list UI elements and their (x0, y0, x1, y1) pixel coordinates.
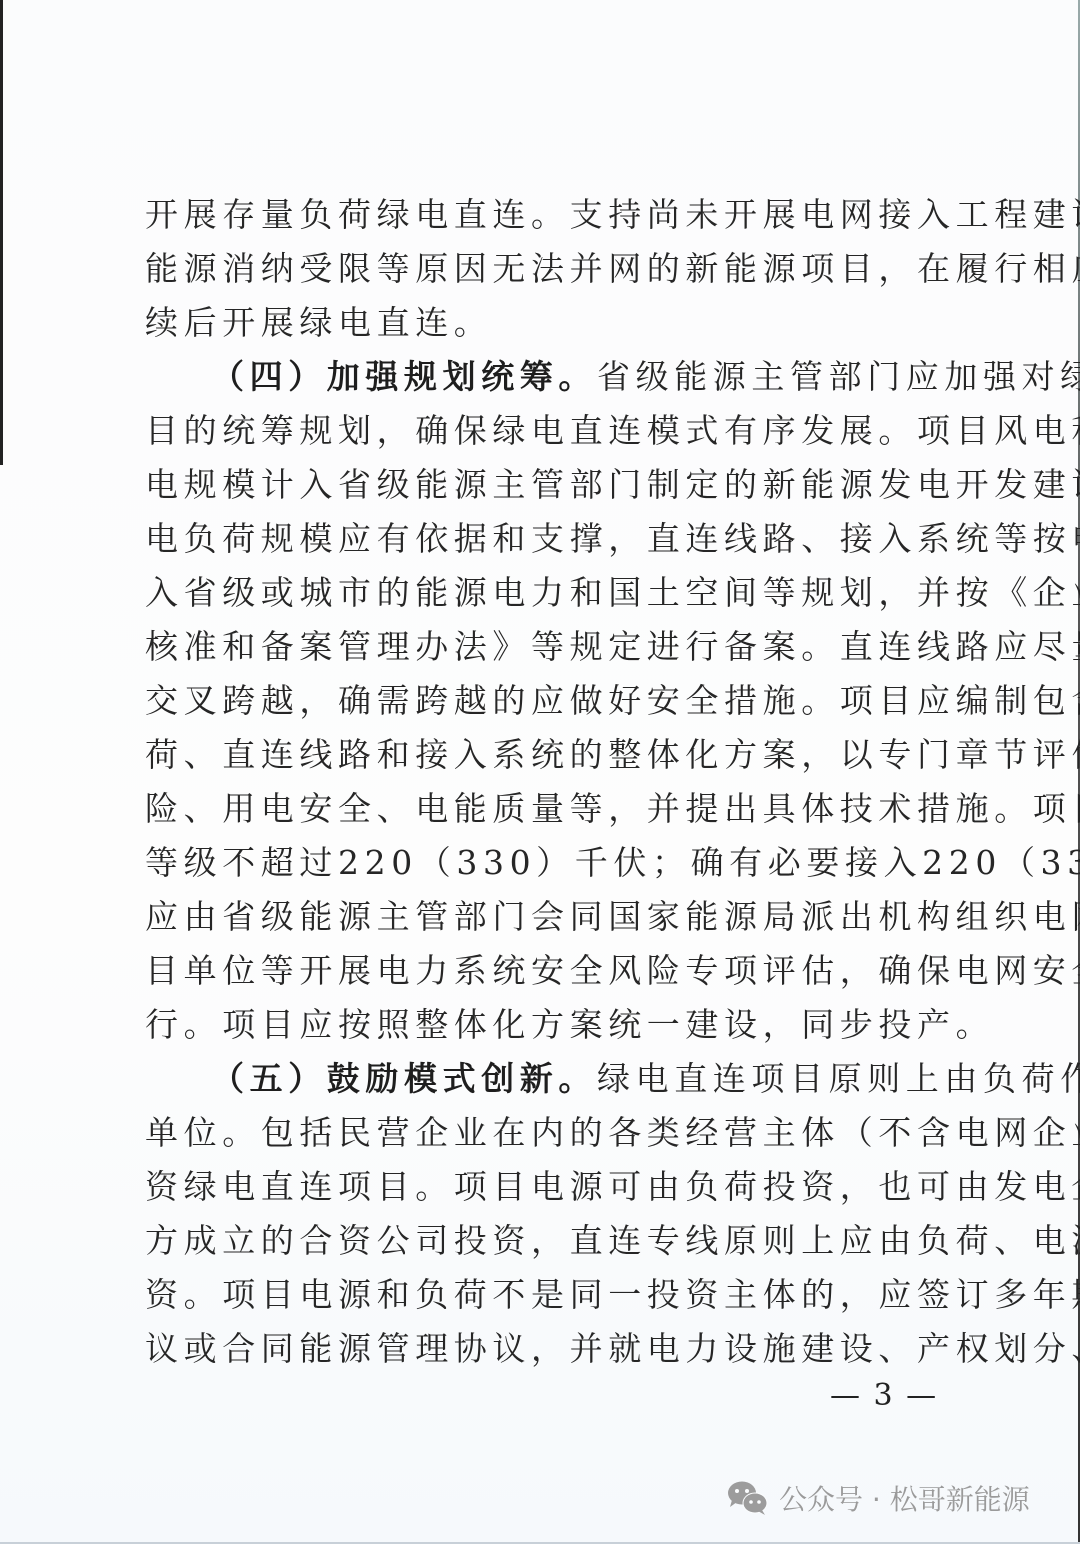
text-line: 议或合同能源管理协议，并就电力设施建设、产权划分、运行维 (145, 1322, 935, 1376)
text-line: 目单位等开展电力系统安全风险专项评估，确保电网安全稳定运 (145, 944, 935, 998)
text-line: 方成立的合资公司投资，直连专线原则上应由负荷、电源主体投 (145, 1214, 935, 1268)
watermark: 公众号 · 松哥新能源 (727, 1478, 1030, 1518)
text-line: 开展存量负荷绿电直连。支持尚未开展电网接入工程建设或因新 (145, 188, 935, 242)
watermark-label: 公众号 · 松哥新能源 (779, 1478, 1030, 1518)
text-line: 行。项目应按照整体化方案统一建设，同步投产。 (145, 998, 935, 1052)
page-number: — 3 — (830, 1378, 938, 1413)
text-run: 绿电直连项目原则上由负荷作为主责 (597, 1059, 1080, 1098)
section-heading-five: （五）鼓励模式创新。 (211, 1059, 597, 1098)
text-line: 荷、直连线路和接入系统的整体化方案，以专门章节评估系统风 (145, 728, 935, 782)
text-line: 入省级或城市的能源电力和国土空间等规划，并按《企业投资项目 (145, 566, 935, 620)
text-line: 核准和备案管理办法》等规定进行备案。直连线路应尽量减少线路 (145, 620, 935, 674)
text-line: 电规模计入省级能源主管部门制定的新能源发电开发建设方案，用 (145, 458, 935, 512)
text-line: 资。项目电源和负荷不是同一投资主体的，应签订多年期购电协 (145, 1268, 935, 1322)
text-line: 能源消纳受限等原因无法并网的新能源项目，在履行相应变更手 (145, 242, 935, 296)
text-line: 应由省级能源主管部门会同国家能源局派出机构组织电网企业、项 (145, 890, 935, 944)
text-line: 单位。包括民营企业在内的各类经营主体（不含电网企业）可投 (145, 1106, 935, 1160)
section-five-first-line: （五）鼓励模式创新。绿电直连项目原则上由负荷作为主责 (145, 1052, 935, 1106)
text-line: 交叉跨越，确需跨越的应做好安全措施。项目应编制包含电源、负 (145, 674, 935, 728)
text-line: 等级不超过220（330）千伏；确有必要接入220（330）千伏的， (145, 836, 935, 890)
text-line: 续后开展绿电直连。 (145, 296, 935, 350)
text-line: 电负荷规模应有依据和支撑，直连线路、接入系统等按电压等级纳 (145, 512, 935, 566)
scan-edge-left (0, 0, 3, 465)
text-line: 险、用电安全、电能质量等，并提出具体技术措施。项目接入电压 (145, 782, 935, 836)
text-run: 省级能源主管部门应加强对绿电直连项 (597, 357, 1080, 396)
section-four-first-line: （四）加强规划统筹。省级能源主管部门应加强对绿电直连项 (145, 350, 935, 404)
document-body: 开展存量负荷绿电直连。支持尚未开展电网接入工程建设或因新 能源消纳受限等原因无法… (145, 188, 935, 1376)
text-line: 目的统筹规划，确保绿电直连模式有序发展。项目风电和太阳能发 (145, 404, 935, 458)
wechat-icon (727, 1480, 769, 1516)
text-line: 资绿电直连项目。项目电源可由负荷投资，也可由发电企业或双 (145, 1160, 935, 1214)
section-heading-four: （四）加强规划统筹。 (211, 357, 597, 396)
document-page: 开展存量负荷绿电直连。支持尚未开展电网接入工程建设或因新 能源消纳受限等原因无法… (0, 0, 1080, 1544)
